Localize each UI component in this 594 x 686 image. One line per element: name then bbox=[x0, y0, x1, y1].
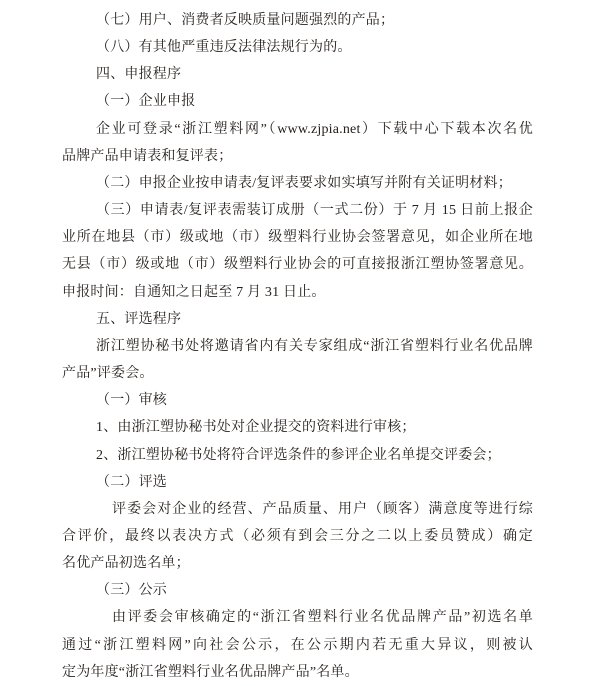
text-line: （二）申报企业按申请表/复评表要求如实填写并附有关证明材料； bbox=[62, 170, 533, 197]
text-line: （一）审核 bbox=[62, 387, 533, 414]
document-page: （七）用户、消费者反映质量问题强烈的产品；（八）有其他严重违反法律法规行为的。四… bbox=[0, 0, 594, 686]
text-line: 申报时间：自通知之日起至 7 月 31 日止。 bbox=[62, 279, 533, 306]
text-line: （二）评选 bbox=[62, 469, 533, 496]
text-line: 2、浙江塑协秘书处将符合评选条件的参评企业名单提交评委会； bbox=[62, 442, 533, 469]
text-line: 四、申报程序 bbox=[62, 61, 533, 88]
text-line: 浙江塑协秘书处将邀请省内有关专家组成“浙江省塑料行业名优品牌 bbox=[62, 333, 533, 360]
text-line: 名优产品初选名单； bbox=[62, 550, 533, 577]
text-line: 通过“浙江塑料网”向社会公示，在公示期内若无重大异议，则被认 bbox=[62, 632, 533, 659]
text-line: 1、由浙江塑协秘书处对企业提交的资料进行审核； bbox=[62, 414, 533, 441]
text-line: 产品”评委会。 bbox=[62, 360, 533, 387]
text-line: 品牌产品申请表和复评表； bbox=[62, 143, 533, 170]
text-line: （七）用户、消费者反映质量问题强烈的产品； bbox=[62, 7, 533, 34]
document-text-block: （七）用户、消费者反映质量问题强烈的产品；（八）有其他严重违反法律法规行为的。四… bbox=[62, 7, 533, 686]
text-line: （八）有其他严重违反法律法规行为的。 bbox=[62, 34, 533, 61]
text-line: 评委会对企业的经营、产品质量、用户（顾客）满意度等进行综 bbox=[62, 496, 533, 523]
text-line: （一）企业申报 bbox=[62, 88, 533, 115]
text-line: 定为年度“浙江省塑料行业名优品牌产品”名单。 bbox=[62, 659, 533, 686]
text-line: 无县（市）级或地（市）级塑料行业协会的可直接报浙江塑协签署意见。 bbox=[62, 251, 533, 278]
text-line: 由评委会审核确定的“浙江省塑料行业名优品牌产品”初选名单 bbox=[62, 604, 533, 631]
text-line: （三）公示 bbox=[62, 577, 533, 604]
text-line: （三）申请表/复评表需装订成册（一式二份）于 7 月 15 日前上报企 bbox=[62, 197, 533, 224]
text-line: 业所在地县（市）级或地（市）级塑料行业协会签署意见，如企业所在地 bbox=[62, 224, 533, 251]
text-line: 五、评选程序 bbox=[62, 306, 533, 333]
text-line: 合评价，最终以表决方式（必须有到会三分之二以上委员赞成）确定 bbox=[62, 523, 533, 550]
text-line: 企业可登录“浙江塑料网”（www.zjpia.net）下载中心下载本次名优 bbox=[62, 116, 533, 143]
